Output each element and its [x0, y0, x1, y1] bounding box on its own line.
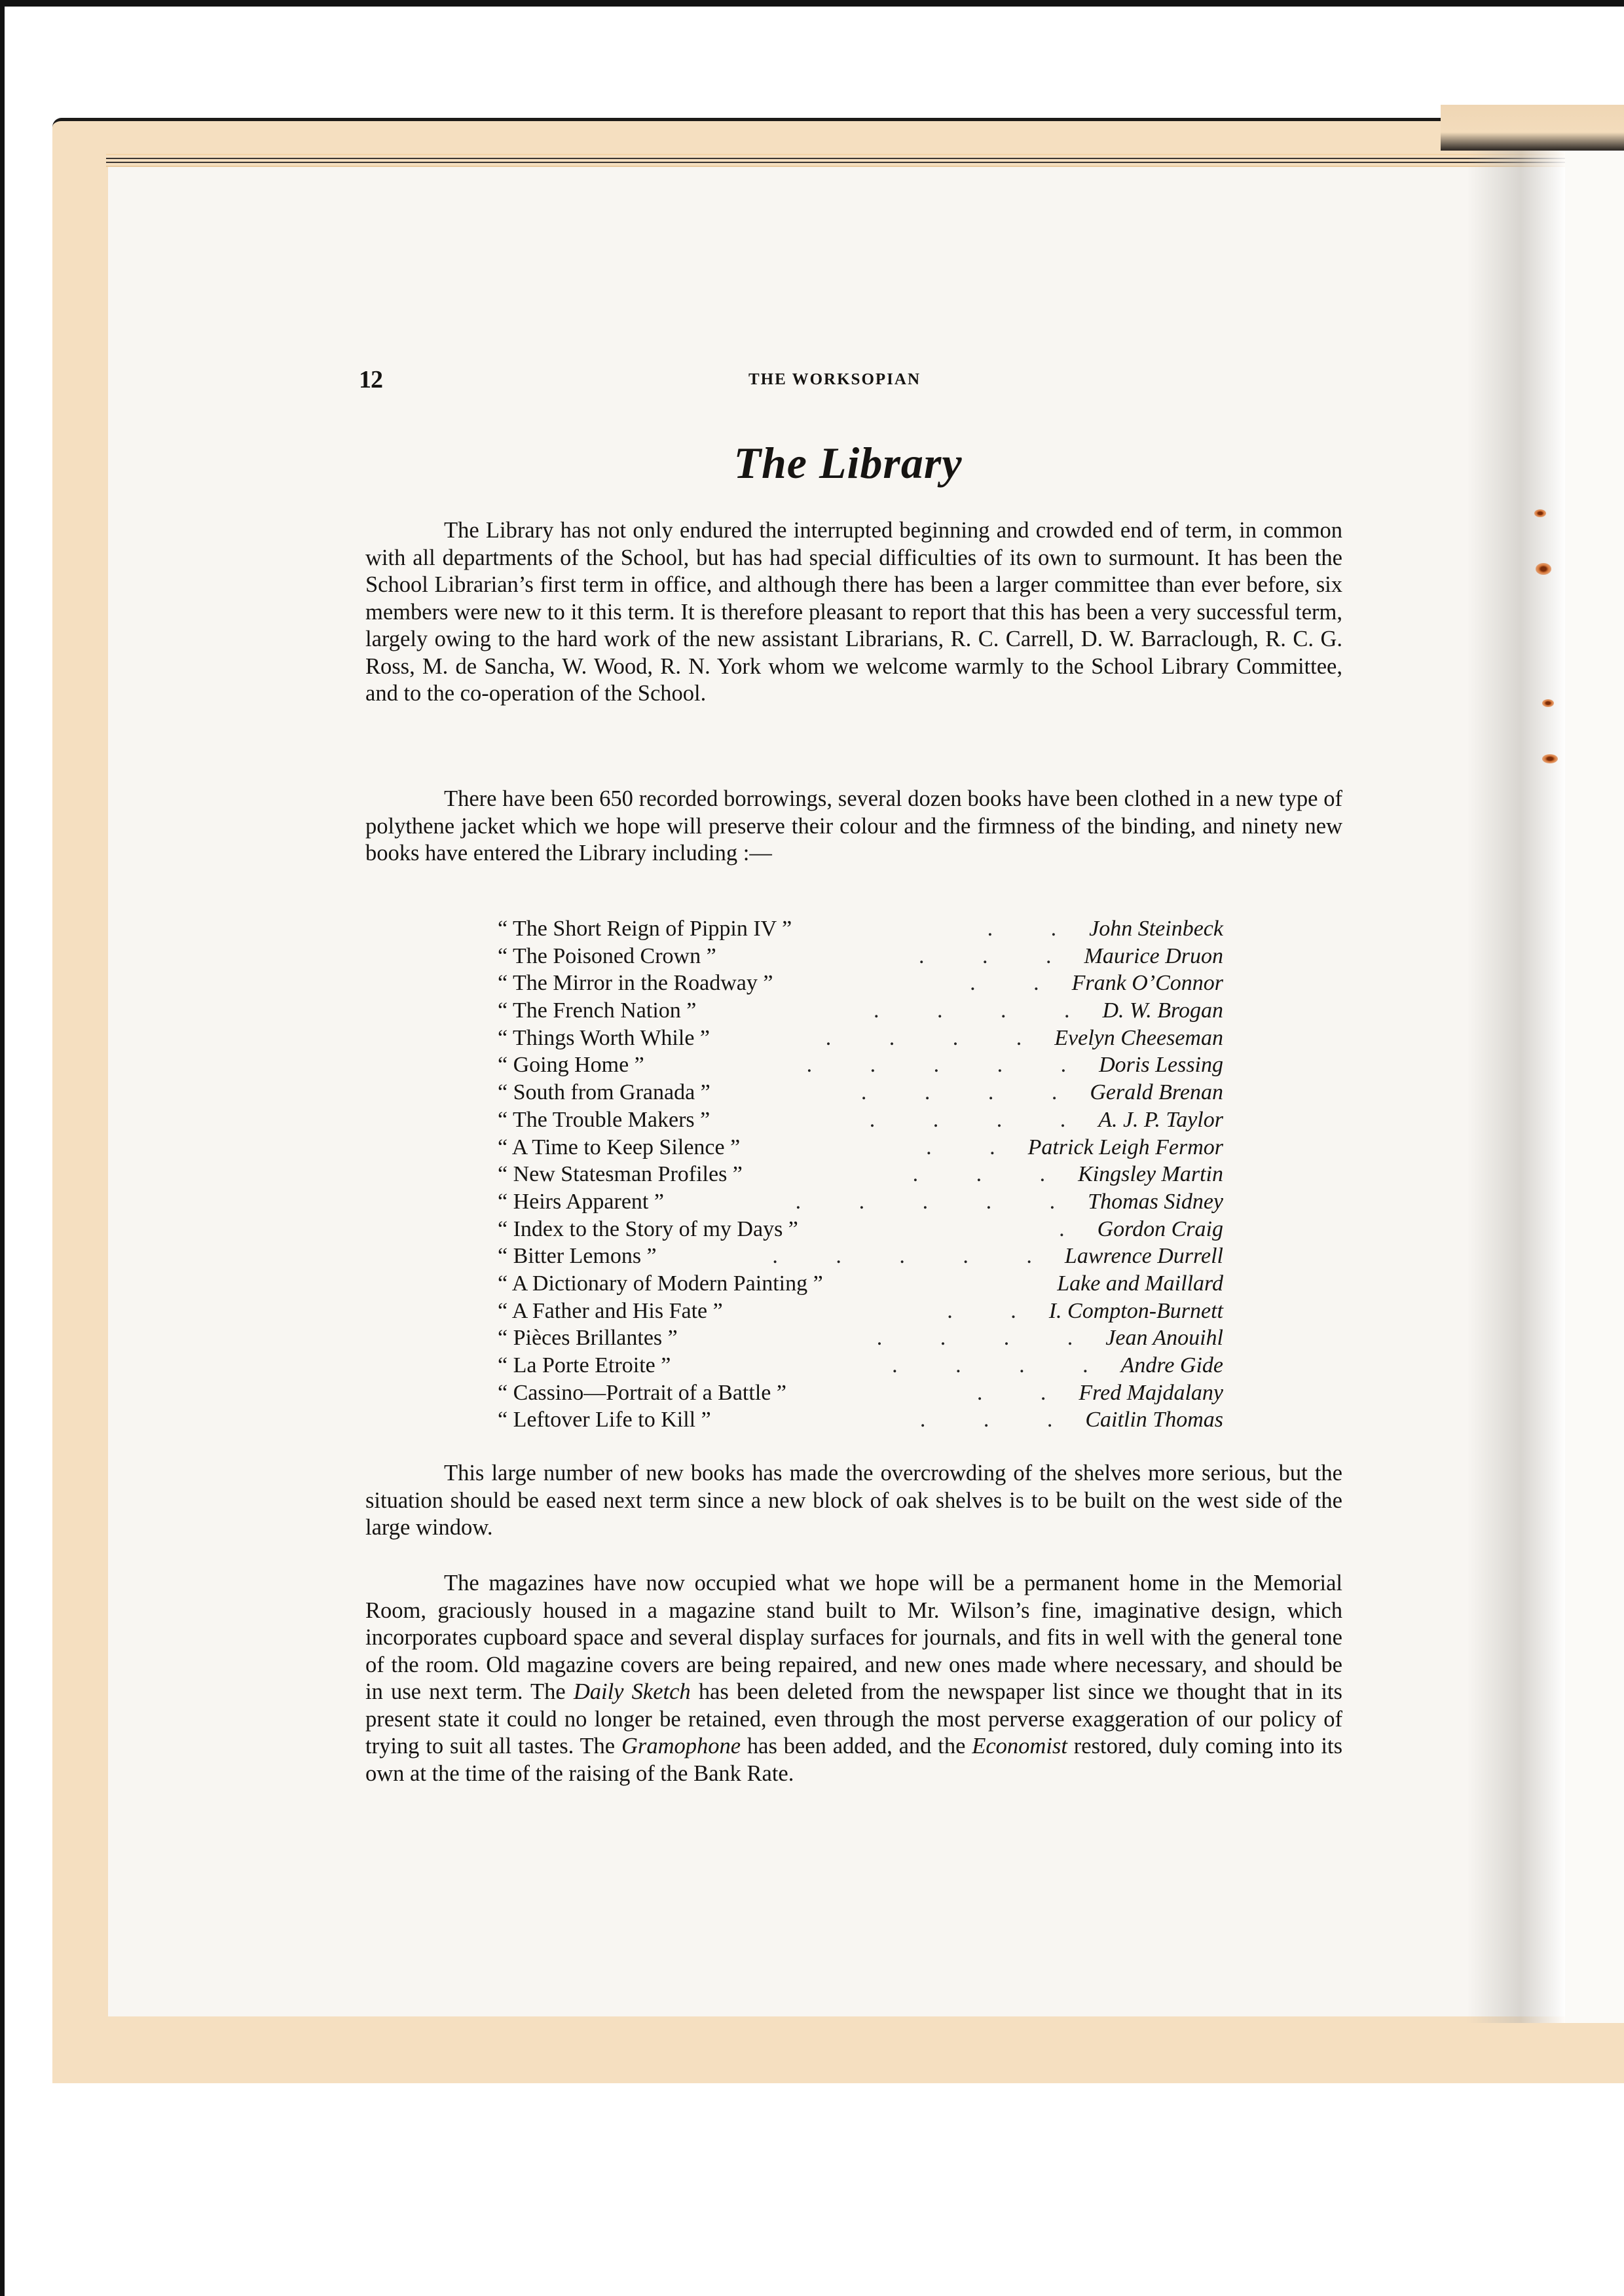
book-title: “ South from Granada ”	[498, 1079, 710, 1106]
facing-page-edge	[1565, 151, 1624, 2023]
book-author: Lake and Maillard	[1057, 1270, 1223, 1298]
book-entry: “ Index to the Story of my Days ”.Gordon…	[498, 1216, 1223, 1243]
paragraph-magazines: The magazines have now occupied what we …	[365, 1570, 1342, 1787]
dot-leader: . . . .	[677, 1352, 1114, 1379]
dot-leader: . . . . .	[663, 1243, 1058, 1270]
publication-name: Economist	[972, 1734, 1067, 1758]
running-head: 12 THE WORKSOPIAN	[359, 365, 1341, 392]
paragraph-intro: The Library has not only endured the int…	[365, 517, 1342, 708]
book-entry: “ A Dictionary of Modern Painting ”Lake …	[498, 1270, 1223, 1298]
gutter-shadow	[1467, 151, 1565, 2023]
book-entry: “ La Porte Etroite ”. . . .Andre Gide	[498, 1352, 1223, 1379]
dot-leader: . . . .	[716, 1106, 1092, 1134]
rust-spot	[1542, 754, 1558, 763]
book-author: Doris Lessing	[1099, 1051, 1223, 1079]
cover-spine-strip	[1441, 105, 1624, 151]
book-author: Kingsley Martin	[1078, 1161, 1223, 1188]
book-title: “ A Time to Keep Silence ”	[498, 1134, 740, 1161]
dot-leader: . . . . .	[671, 1188, 1081, 1216]
paragraph-text: There have been 650 recorded borrowings,…	[365, 786, 1342, 867]
dot-leader: . . .	[749, 1161, 1071, 1188]
book-author: Andre Gide	[1121, 1352, 1223, 1379]
dot-leader: . .	[793, 1379, 1072, 1407]
dot-leader: . . . .	[684, 1324, 1099, 1352]
book-author: Jean Anouihl	[1105, 1324, 1223, 1352]
book-author: Evelyn Cheeseman	[1054, 1025, 1223, 1052]
paragraph-text: The magazines have now occupied what we …	[365, 1570, 1342, 1787]
book-entry: “ A Time to Keep Silence ”. .Patrick Lei…	[498, 1134, 1223, 1161]
dot-leader: . .	[798, 915, 1082, 943]
book-entry: “ Pièces Brillantes ”. . . .Jean Anouihl	[498, 1324, 1223, 1352]
text-run: has been added, and the	[741, 1734, 972, 1758]
paragraph-shelves: This large number of new books has made …	[365, 1460, 1342, 1542]
book-author: John Steinbeck	[1089, 915, 1223, 943]
rust-spot	[1534, 509, 1546, 517]
dot-leader: . .	[729, 1298, 1043, 1325]
article-title: The Library	[0, 437, 1624, 489]
book-title: “ Leftover Life to Kill ”	[498, 1406, 711, 1434]
new-books-list: “ The Short Reign of Pippin IV ”. .John …	[498, 915, 1223, 1434]
rust-spot	[1536, 563, 1551, 575]
publication-name: Gramophone	[621, 1734, 741, 1758]
scan-edge-left	[0, 0, 5, 2296]
book-author: I. Compton-Burnett	[1049, 1298, 1223, 1325]
rust-spot	[1542, 699, 1554, 707]
dot-leader: .	[805, 1216, 1091, 1243]
page-number: 12	[359, 365, 382, 394]
book-author: D. W. Brogan	[1103, 997, 1224, 1025]
book-entry: “ The Poisoned Crown ”. . .Maurice Druon	[498, 943, 1223, 970]
book-title: “ Cassino—Portrait of a Battle ”	[498, 1379, 786, 1407]
book-author: Gerald Brenan	[1090, 1079, 1223, 1106]
book-author: Caitlin Thomas	[1085, 1406, 1223, 1434]
book-entry: “ Going Home ”. . . . .Doris Lessing	[498, 1051, 1223, 1079]
paragraph-text: The Library has not only endured the int…	[365, 517, 1342, 708]
book-author: Frank O’Connor	[1072, 970, 1223, 997]
dot-leader: . . . .	[717, 1079, 1084, 1106]
dot-leader: . . .	[718, 1406, 1079, 1434]
book-entry: “ Leftover Life to Kill ”. . .Caitlin Th…	[498, 1406, 1223, 1434]
book-entry: “ The Short Reign of Pippin IV ”. .John …	[498, 915, 1223, 943]
book-title: “ The Mirror in the Roadway ”	[498, 970, 773, 997]
book-author: Thomas Sidney	[1088, 1188, 1223, 1216]
book-entry: “ South from Granada ”. . . .Gerald Bren…	[498, 1079, 1223, 1106]
book-entry: “ Things Worth While ”. . . .Evelyn Chee…	[498, 1025, 1223, 1052]
book-author: Fred Majdalany	[1079, 1379, 1223, 1407]
dot-leader: . . . .	[703, 997, 1096, 1025]
book-entry: “ A Father and His Fate ”. .I. Compton-B…	[498, 1298, 1223, 1325]
book-author: Maurice Druon	[1084, 943, 1223, 970]
book-title: “ The French Nation ”	[498, 997, 696, 1025]
paragraph-borrowings: There have been 650 recorded borrowings,…	[365, 786, 1342, 867]
dot-leader: . .	[747, 1134, 1021, 1161]
book-title: “ Things Worth While ”	[498, 1025, 710, 1052]
book-author: Lawrence Durrell	[1065, 1243, 1223, 1270]
scan-edge-top	[0, 0, 1624, 7]
dot-leader: . . . . .	[651, 1051, 1092, 1079]
book-entry: “ New Statesman Profiles ”. . .Kingsley …	[498, 1161, 1223, 1188]
book-title: “ The Trouble Makers ”	[498, 1106, 710, 1134]
book-title: “ Pièces Brillantes ”	[498, 1324, 678, 1352]
book-entry: “ Cassino—Portrait of a Battle ”. .Fred …	[498, 1379, 1223, 1407]
book-entry: “ The Mirror in the Roadway ”. .Frank O’…	[498, 970, 1223, 997]
dot-leader: . .	[779, 970, 1065, 997]
dot-leader: . . .	[723, 943, 1078, 970]
book-title: “ Index to the Story of my Days ”	[498, 1216, 798, 1243]
publication-name: Daily Sketch	[574, 1679, 691, 1704]
book-entry: “ Heirs Apparent ”. . . . .Thomas Sidney	[498, 1188, 1223, 1216]
journal-title: THE WORKSOPIAN	[748, 371, 921, 389]
book-entry: “ The Trouble Makers ”. . . .A. J. P. Ta…	[498, 1106, 1223, 1134]
paragraph-text: This large number of new books has made …	[365, 1460, 1342, 1542]
book-author: Gordon Craig	[1098, 1216, 1223, 1243]
book-title: “ Heirs Apparent ”	[498, 1188, 664, 1216]
book-title: “ A Dictionary of Modern Painting ”	[498, 1270, 823, 1298]
book-title: “ Bitter Lemons ”	[498, 1243, 657, 1270]
book-title: “ La Porte Etroite ”	[498, 1352, 671, 1379]
book-author: Patrick Leigh Fermor	[1028, 1134, 1223, 1161]
book-entry: “ Bitter Lemons ”. . . . .Lawrence Durre…	[498, 1243, 1223, 1270]
book-title: “ The Poisoned Crown ”	[498, 943, 716, 970]
dot-leader: . . . .	[716, 1025, 1048, 1052]
book-title: “ New Statesman Profiles ”	[498, 1161, 743, 1188]
book-title: “ Going Home ”	[498, 1051, 644, 1079]
book-author: A. J. P. Taylor	[1098, 1106, 1223, 1134]
page-edges	[106, 154, 1624, 167]
book-entry: “ The French Nation ”. . . .D. W. Brogan	[498, 997, 1223, 1025]
book-title: “ The Short Reign of Pippin IV ”	[498, 915, 792, 943]
book-title: “ A Father and His Fate ”	[498, 1298, 723, 1325]
